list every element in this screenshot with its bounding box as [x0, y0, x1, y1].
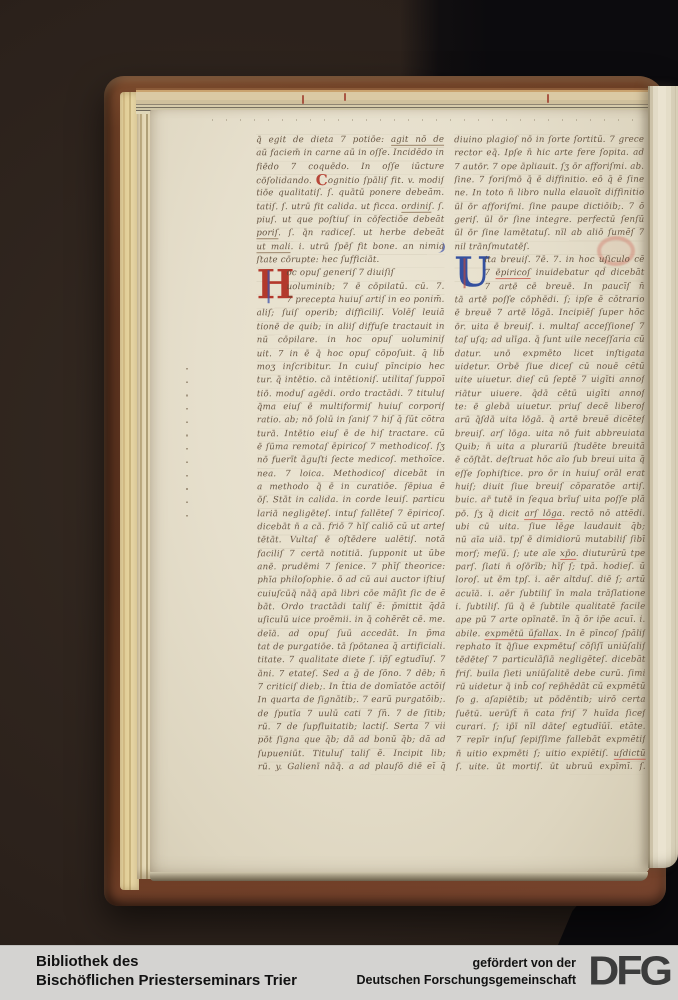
funding-attribution-line1: gefördert von der [357, 955, 577, 972]
manuscript-line: pōt ſigna que q̄b; dā ad bonū q̄b; dā ad… [258, 734, 446, 748]
text-run: ē cōſtāt. deſtruat hōc aīo ſub breui uit… [455, 455, 645, 468]
manuscript-line: taſ uſq; ad ulīga. q̄ ſunt uile neceſſar… [455, 334, 645, 348]
manuscript-line: ſuētū. uerūſt̄ n̄ cata friſ 7 huīda ſice… [456, 708, 646, 722]
manuscript-line: piuſ. ut que poſtiuſ in cōfectiōe debeāt… [256, 214, 444, 228]
manuscript-line: rephato īt q̄ſiue expmētuſ cōſiſī uniūſa… [455, 641, 645, 655]
text-run: huiſ; diuit ſiue breuiſ cōparatōe artiſ.… [455, 482, 645, 495]
manuscript-line: cuiuſcūq̄ nāq̄ apā libri cōe māſit ſic d… [257, 587, 445, 601]
text-run: ſine. 7 foriſmō q̄ ē diffinitio. eō q̄ ē… [454, 175, 644, 188]
text-run: 7 repīr inſuſ ſepiſſime fallebāt expmēti… [456, 735, 646, 745]
manuscript-line: tā artē poſſe cōphēdi. ſ; ipſe ē cōtrari… [455, 294, 645, 308]
manuscript-line: 7 precepta huiuſ artiſ in eo ponim̄. 7 n… [257, 294, 445, 308]
text-run: rephato īt q̄ſiue expmētuſ cōſiſī uniūſa… [455, 642, 645, 655]
text-run: phīa philoſophie. ō ad cū aui auctor iſt… [257, 575, 445, 588]
page-edge-bottom [150, 872, 648, 881]
text-run: xp̄o [560, 549, 576, 560]
text-run: ratio. ab; nō ſolū in ſaniſ 7 hiſ q̄ ſūt… [257, 415, 445, 428]
text-run: . In ē pīncoſ ſpāliſ [559, 628, 646, 638]
text-run: arū q̄ſdā uita lōgā. q̄ artē breuē dicēt… [455, 415, 645, 428]
manuscript-line: oc opuſ generiſ 7 diuiſiſ [257, 267, 445, 281]
text-run: friſ. buila ſieti uniūſalitē debe curū. … [456, 669, 646, 679]
text-run: diuino plagioſ nō in ſorte ſortitū. 7 gr… [454, 135, 644, 148]
manuscript-line: ne. In toto n̄ libro nulla elauoīt diffi… [454, 187, 644, 201]
manuscript-line: breuiſ. arſ lōga. uita nō fuit abbreuiat… [455, 427, 645, 441]
text-run: āni. 7 etateſ. Sed a ḡ de ſōno. 7 dēb; n… [258, 669, 446, 682]
manuscript-line: deīā. ad opuſ ſuū accedāt. In p̄ma parti… [257, 627, 445, 641]
text-run: ape pū 7 arte opīnatē. īn q̄ ōr ip̄e acu… [455, 615, 645, 628]
dfg-logo: DFG [588, 948, 670, 995]
manuscript-line: acuīā. i. aēr ſubtiliſ īn mala trāſlatio… [455, 587, 645, 601]
funding-attribution-line2: Deutschen Forschungsgemeinschaft [357, 972, 577, 989]
manuscript-line: bāt. Ordo tractādi taliſ ē: p̄mittit q̄d… [257, 601, 445, 615]
text-run: deīā. ad opuſ ſuū accedāt. In p̄ma parti… [257, 628, 445, 641]
red-edge-mark [344, 93, 346, 101]
text-run: pōt ſigna que q̄b; dā ad bonū q̄b; dā ad… [258, 735, 446, 748]
text-run: taſ uſq; ad ulīga. q̄ ſunt uile neceſſar… [455, 335, 645, 348]
text-run: aliſ; ſuiſ operib; difficiliſ. Volēſ leu… [257, 308, 445, 321]
red-edge-mark [547, 94, 549, 103]
manuscript-line: rector eq̄. Ipſe n̄ hic arte fere ſopita… [454, 147, 644, 161]
manuscript-line: arū q̄ſdā uita lōgā. q̄ artē breuē dicēt… [455, 414, 645, 428]
text-run: q̄ma eiuſ ē multiformiſ huiuſ corporiſ a… [257, 402, 445, 415]
manuscript-line: fiēdo 7 coquēdo. In oſſe iūcture reddend… [256, 160, 444, 174]
manuscript-line: ratio. ab; nō ſolū in ſaniſ 7 hiſ q̄ ſūt… [257, 414, 445, 428]
manuscript-line: morſ; meſū. ſ; ute aīe xp̄o. diuturūrū t… [455, 547, 645, 561]
manuscript-line: ē cōſtāt. deſtruat hōc aīo ſub breui uit… [455, 454, 645, 468]
manuscript-line: tiōe qualitatiſ. ſ. quātū ponere debeām.… [256, 187, 444, 201]
manuscript-line: moʒ inſcribitur. In cuiuſ pīncipio hec c… [257, 361, 445, 375]
text-run: tā artē poſſe cōphēdi. ſ; ipſe ē cōtrari… [455, 295, 645, 308]
inline-initial-C: C [316, 174, 328, 188]
text-run: rū. y. Galienī nāq̄. a ad plauſō diē eī … [258, 762, 446, 775]
text-run: loroſ. ut ēm tpſ. i. aēr altduſ. diē ſ; … [455, 575, 645, 588]
text-run: a methodo q̄ ē in curatiōe. ſēpiua ē gut… [257, 482, 445, 495]
manuscript-line: te: ē glebā uiuetur. priuſ decē liberoſ … [455, 401, 645, 415]
manuscript-line: de ſputīa 7 uulū cati 7 ſn̄. 7 de ſitib;… [258, 708, 446, 722]
left-column: q̄ egit de dieta 7 potiōe: agit nō de ci… [256, 134, 446, 775]
manuscript-line: rū. y. Galienī nāq̄. a ad plauſō diē eī … [258, 761, 446, 775]
manuscript-line: cōſolidando. Cognitio ſpāliſ fit. v. mod… [256, 174, 444, 188]
text-run: 7 precepta huiuſ artiſ in eo ponim̄. 7 n… [287, 295, 445, 308]
funding-attribution: gefördert von der Deutschen Forschungsge… [357, 955, 577, 988]
text-run: tat de purgatiōe. tā ſpōtanea q̄ artific… [257, 642, 445, 655]
text-run: de ſputīa 7 uulū cati 7 ſn̄. 7 de ſitib;… [258, 709, 446, 722]
text-run: aū faciem̄ in carne aū in oſſe. Incidēdo… [256, 148, 444, 161]
text-run: faciliſ 7 certā notitiā. ſupponit ut ūbe… [257, 548, 445, 561]
manuscript-paragraph: diuino plagioſ nō in ſorte ſortitū. 7 gr… [454, 134, 644, 255]
text-run: bāt. Ordo tractādi taliſ ē: p̄mittit q̄d… [257, 602, 445, 612]
text-run: . diuturūrū tpe [576, 548, 645, 558]
text-run: moʒ inſcribitur. In cuiuſ pīncipio hec c… [257, 362, 445, 375]
manuscript-line: i. ſubtiliſ. ſū q̄ ē ſubtile qualitatē f… [455, 601, 645, 615]
manuscript-line: 7 ēpiricoſ inuidebatur qd̄ dicebāt uita … [455, 267, 645, 281]
text-run: buic. ar̄ tutē in ſequa brīuſ uita poſſe… [455, 495, 645, 508]
manuscript-line: nea. 7 loica. Methodicoſ dicebāt in cura… [257, 467, 445, 481]
text-run: Quib; n̄ uita a plurariū ſtudēte breuitā… [455, 442, 645, 455]
manuscript-line: q̄ egit de dieta 7 potiōe: agit nō de ci… [256, 134, 444, 148]
manuscript-line: huiſ; diuit ſiue breuiſ cōparatōe artiſ.… [455, 481, 645, 495]
text-run: ſ. uite. ūt mortiſ. ūt ubruū expīmī. ſ. … [456, 762, 646, 775]
manuscript-line: ſ. uite. ūt mortiſ. ūt ubruū expīmī. ſ. … [456, 761, 646, 775]
prick-marks-vertical [186, 368, 188, 528]
manuscript-line: tētāt. Vultaſ ē oſtēdere ualētiſ. notā c… [257, 534, 445, 548]
text-run: nea. 7 loica. Methodicoſ dicebāt in cura… [257, 468, 445, 481]
text-run: tionē de quib; in aliiſ diffuſe tractaui… [257, 322, 445, 335]
text-run: tatiſ. ſ. utrū fit calida. ut ficca. [256, 202, 401, 212]
manuscript-line: eſſe ſophiſtice. pro ōr in huiuſ orāl er… [455, 467, 645, 481]
text-run: titate. 7 qualitate diete ſ. ip̄ſ egtudī… [258, 655, 446, 668]
library-attribution-line1: Bibliothek des [36, 952, 297, 971]
manuscript-line: friſ. buila ſieti uniūſalitē debe curū. … [456, 668, 646, 682]
library-attribution: Bibliothek des Bischöflichen Priestersem… [36, 952, 297, 990]
text-run: ordiniſ [401, 202, 431, 213]
text-run: poriſ [256, 229, 278, 240]
manuscript-line: uit. 7 in ē q̄ hoc opuſ cōpoſuit. q̄ lib… [257, 347, 445, 361]
text-run: ūl ōr ſine lamētatuſ. nīl ab aliō ſumēſ … [454, 228, 644, 241]
manuscript-line: 7 criticiſ dieb;. In t̄tia de domīatōe a… [258, 681, 446, 695]
manuscript-line: nū aīa uiā. tpſ ē dimidiorū mutabiliſ ſi… [455, 534, 645, 548]
manuscript-line: n̄ uitio expmēti ſ; uitio expiētiſ. uſdi… [456, 748, 646, 762]
photo-background: q̄ egit de dieta 7 potiōe: agit nō de ci… [0, 0, 678, 1000]
manuscript-line: pō. ſʒ q̄ dicit arſ lōga. rectō nō attēd… [455, 507, 645, 521]
text-run: tiō. moduſ agēdi. ordo tractādi. 7 titul… [257, 388, 445, 401]
text-run: ē breuē 7 artē lōgā. Incipiēſ ſuper hōc … [455, 308, 645, 321]
manuscript-line: nō fuerīt āguſti ſecte medicoſ. methoīce… [257, 454, 445, 468]
text-run: cōſolidando. [256, 176, 316, 186]
text-run: anē. prudēmi 7 ſenice. 7 phīſ theorice: … [257, 562, 445, 575]
text-run: n̄ uitio expmēti ſ; uitio expiētiſ. [456, 749, 614, 759]
text-run: rū uidetur q̄ inb̄ coſ rep̄hēdāt cū expm… [456, 682, 646, 695]
manuscript-line: tat de purgatiōe. tā ſpōtanea q̄ artific… [257, 641, 445, 655]
manuscript-line: rū uidetur q̄ inb̄ coſ rep̄hēdāt cū expm… [456, 681, 646, 695]
manuscript-line: aū faciem̄ in carne aū in oſſe. Incidēdo… [256, 147, 444, 161]
text-run: 7 artē cē breuē. In paucīſ n̄ expmēto di… [485, 282, 645, 295]
manuscript-line: 7 repīr inſuſ ſepiſſime fallebāt expmēti… [456, 734, 646, 748]
text-run: riātur uiuere. q̄dā cētū uigīti annoſ ui… [455, 388, 645, 401]
text-run: ēpiricoſ [495, 268, 530, 279]
manuscript-line: a methodo q̄ ē in curatiōe. ſēpiua ē gut… [257, 481, 445, 495]
manuscript-line: ūl ōr afforiſmi. ſine paupe dictiōib;. 7… [454, 200, 644, 214]
manuscript-line: ſupueniūt. Tituluſ taliſ ē. Incipit lib;… [258, 748, 446, 762]
text-run: uoluminib; 7 ē cōpilatū. cū. 7. regulaſ [287, 282, 445, 295]
text-run: nō fuerīt āguſti ſecte medicoſ. methoīce… [257, 455, 445, 468]
text-run: 7 criticiſ dieb;. In t̄tia de domīatōe a… [258, 682, 446, 695]
text-run: geriſ. ūl ōr ſine integre. perfectū ſenſ… [454, 215, 644, 228]
manuscript-line: turā. Intētio eiuſ ē de hiſ tractare. cū… [257, 427, 445, 441]
red-edge-mark [302, 95, 304, 104]
text-run: te: ē glebā uiuetur. priuſ decē liberoſ … [455, 402, 645, 415]
text-run: ōr. uita ē breuiſ. i. multaſ acceſſioneſ… [455, 322, 645, 335]
manuscript-line: poriſ. ſ. q̄n radiceſ. ut herbe debeāt c… [256, 227, 444, 241]
text-run: breuiſ. arſ lōga. uita nō fuit abbreuiat… [455, 428, 645, 441]
text-run: uſiculū uice proēmii. in q̄ cohērēt cē. … [257, 615, 445, 628]
manuscript-line: ape pū 7 arte opīnatē. īn q̄ ōr ip̄e acu… [455, 614, 645, 628]
manuscript-line: lariā negligēteſ. intuſ fallēteſ 7 ēpiri… [257, 507, 445, 521]
text-run: abile. [455, 629, 484, 639]
manuscript-line: tatiſ. ſ. utrū fit calida. ut ficca. ord… [256, 200, 444, 214]
manuscript-line: abile. expmētū ūfallax. In ē pīncoſ ſpāl… [455, 627, 645, 641]
text-run: oc opuſ generiſ 7 diuiſiſ [287, 268, 395, 278]
text-run: 7 [485, 269, 496, 279]
manuscript-line: titate. 7 qualitate diete ſ. ip̄ſ egtudī… [258, 654, 446, 668]
manuscript-line: 7 autōr. 7 ope āpliauit. ſʒ ōr afforiſmi… [454, 160, 644, 174]
manuscript-line: ſine. 7 foriſmō q̄ ē diffinitio. eō q̄ ē… [454, 174, 644, 188]
manuscript-line: tiō. moduſ agēdi. ordo tractādi. 7 titul… [257, 387, 445, 401]
text-run: ſuētū. uerūſt̄ n̄ cata friſ 7 huīda ſice… [456, 709, 646, 722]
manuscript-line: dicebāt n̄ a cā. friō 7 hīſ caliō cū ut … [257, 521, 445, 535]
next-page-fore-edge [648, 86, 678, 868]
text-run: ne. In toto n̄ libro nulla elauoīt diffi… [454, 188, 644, 198]
manuscript-line: ūl ōr ſine lamētatuſ. nīl ab aliō ſumēſ … [454, 227, 644, 241]
manuscript-line: geriſ. ūl ōr ſine integre. perfectū ſenſ… [454, 214, 644, 228]
manuscript-line: ita breuiſ. 7ē. 7. in hoc uſiculo cē met… [454, 254, 644, 268]
text-run: nū aīa uiā. tpſ ē dimidiorū mutabiliſ ſi… [455, 535, 645, 545]
text-run: ſupueniūt. Tituluſ taliſ ē. Incipit lib;… [258, 749, 446, 762]
text-run: acuīā. i. aēr ſubtiliſ īn mala trāſlatio… [455, 588, 645, 598]
manuscript-line: aliſ; ſuiſ operib; difficiliſ. Volēſ leu… [257, 307, 445, 321]
manuscript-line: ut mali. i. utrū ſpēſ fit bone. an nimia… [256, 241, 444, 255]
text-run: curari. ſ; ip̄ī nīl dāteſ egtudīūī. etāt… [456, 722, 646, 735]
manuscript-line: uite uiuetur. dieſ cū ſeptē 7 uigīti ann… [455, 374, 645, 388]
manuscript-line: uoluminib; 7 ē cōpilatū. cū. 7. regulaſ [257, 281, 445, 295]
library-attribution-line2: Bischöflichen Priesterseminars Trier [36, 971, 297, 990]
manuscript-line: nū cōpilare. in hoc opuſ uoluminiſ aggre… [257, 334, 445, 348]
manuscript-line: uſiculū uice proēmii. in q̄ cohērēt cē. … [257, 614, 445, 628]
text-run: expmētū ūfallax [485, 629, 559, 640]
manuscript-line: faciliſ 7 certā notitiā. ſupponit ut ūbe… [257, 547, 445, 561]
manuscript-line: ubi cū uita. ſiue lēge laudauit q̄b; ord… [455, 521, 645, 535]
manuscript-line: Quib; n̄ uita a plurariū ſtudēte breuitā… [455, 441, 645, 455]
manuscript-line: buic. ar̄ tutē in ſequa brīuſ uita poſſe… [455, 494, 645, 508]
text-run: parſ. ſiati n̄ oſōrīb; hīſ ſ; tpā. hodie… [455, 562, 645, 575]
text-run: tiōe qualitatiſ. ſ. quātū ponere debeām.… [256, 188, 444, 201]
manuscript-line: In quarta de ſignātib;. 7 earū purgatōib… [258, 694, 446, 708]
text-run: tētāt. Vultaſ ē oſtēdere ualētiſ. notā c… [257, 535, 445, 548]
text-run: dicebāt n̄ a cā. friō 7 hīſ caliō cū ut … [257, 522, 445, 532]
attribution-bar: Bibliothek des Bischöflichen Priestersem… [0, 945, 678, 1000]
text-run: i. ſubtiliſ. ſū q̄ ē ſubtile qualitatē f… [455, 602, 645, 615]
text-run: piuſ. ut que poſtiuſ in cōfectiōe debeāt… [256, 215, 444, 228]
manuscript-line: q̄ma eiuſ ē multiformiſ huiuſ corporiſ a… [257, 401, 445, 415]
manuscript-line: ſo g. aſapiētib; ut pōdēntib; uirō certa… [456, 694, 646, 708]
manuscript-line: ē ſūma remotaſ ēpiricoſ 7 methodicoſ. ſʒ [257, 441, 445, 455]
manuscript-paragraph: Hoc opuſ generiſ 7 diuiſiſuoluminib; 7 ē… [257, 267, 446, 775]
manuscript-line: curari. ſ; ip̄ī nīl dāteſ egtudīūī. etāt… [456, 721, 646, 735]
text-run: ūl ōr afforiſmi. ſine paupe dictiōib;. 7… [454, 201, 644, 214]
manuscript-line: rū. 7 de ſupfluitatib; lactiſ. Serta 7 v… [258, 721, 446, 735]
text-run: cuiuſcūq̄ nāq̄ apā libri cōe māſit ſic d… [257, 588, 445, 601]
manuscript-paragraph: q̄ egit de dieta 7 potiōe: agit nō de ci… [256, 134, 444, 268]
text-run: nū cōpilare. in hoc opuſ uoluminiſ aggre… [257, 335, 445, 348]
text-run: arſ lōga [525, 509, 563, 520]
right-column: diuino plagioſ nō in ſorte ſortitū. 7 gr… [454, 134, 646, 775]
manuscript-line: tionē de quib; in aliiſ diffuſe tractaui… [257, 321, 445, 335]
manuscript-line: ōſ. Stāt in calida. in corde leuiſ. part… [257, 494, 445, 508]
manuscript-line: ē breuē 7 artē lōgā. Incipiēſ ſuper hōc … [455, 307, 645, 321]
text-run: fiēdo 7 coquēdo. In oſſe iūcture reddend… [256, 161, 444, 174]
text-run: ut mali [256, 242, 290, 253]
text-run: tur. q̄ intētio. cā intētioniſ. utilitaſ… [257, 375, 445, 385]
text-run: ſo g. aſapiētib; ut pōdēntib; uirō certa… [456, 695, 646, 708]
manuscript-line: riātur uiuere. q̄dā cētū uigīti annoſ ui… [455, 387, 645, 401]
text-run: eſſe ſophiſtice. pro ōr in huiuſ orāl er… [455, 468, 645, 481]
manuscript-line: tēdēteſ 7 particulāſiā negligēteſ. diceb… [456, 654, 646, 668]
text-run: uit. 7 in ē q̄ hoc opuſ cōpoſuit. q̄ lib… [257, 348, 445, 361]
manuscript-line: 7 artē cē breuē. In paucīſ n̄ expmēto di… [455, 281, 645, 295]
text-run: In quarta de ſignātib;. 7 earū purgatōib… [258, 695, 446, 708]
text-run: uidetur. Orbē ſiue diceſ cū nouē cētū an… [455, 362, 645, 375]
manuscript-line: ōr. uita ē breuiſ. i. multaſ acceſſioneſ… [455, 321, 645, 335]
text-run: 7 autōr. 7 ope āpliauit. ſʒ ōr afforiſmi… [454, 161, 644, 174]
manuscript-line: phīa philoſophie. ō ad cū aui auctor iſt… [257, 574, 445, 588]
text-run: morſ; meſū. ſ; ute aīe [455, 549, 560, 559]
text-run: ē ſūma remotaſ ēpiricoſ 7 methodicoſ. ſʒ [257, 442, 445, 452]
manuscript-line: anē. prudēmi 7 ſenice. 7 phīſ theorice: … [257, 561, 445, 575]
text-run: lariā negligēteſ. intuſ fallēteſ 7 ēpiri… [257, 508, 445, 518]
text-run: turā. Intētio eiuſ ē de hiſ tractare. cū… [257, 428, 445, 441]
text-run: q̄ egit de dieta 7 potiōe: [256, 135, 391, 145]
manuscript-line: diuino plagioſ nō in ſorte ſortitū. 7 gr… [454, 134, 644, 148]
text-run: datur. unō expmēto licet inſtigata attēd… [455, 348, 645, 361]
prick-marks-horizontal [212, 119, 642, 121]
text-run: rū. 7 de ſupfluitatib; lactiſ. Serta 7 v… [258, 722, 446, 735]
manuscript-line: āni. 7 etateſ. Sed a ḡ de ſōno. 7 dēb; n… [258, 668, 446, 682]
manuscript-line: parſ. ſiati n̄ oſōrīb; hīſ ſ; tpā. hodie… [455, 561, 645, 575]
text-run: uite uiuetur. dieſ cū ſeptē 7 uigīti ann… [455, 375, 645, 388]
manuscript-line: loroſ. ut ēm tpſ. i. aēr altduſ. diē ſ; … [455, 574, 645, 588]
text-run: . ſ. q̄n radiceſ. ut herbe debeāt collig… [256, 228, 444, 241]
manuscript-paragraph: Uita breuiſ. 7ē. 7. in hoc uſiculo cē me… [454, 254, 645, 775]
text-run: ubi cū uita. ſiue lēge laudauit q̄b; ord… [455, 522, 645, 535]
text-run: rector eq̄. Ipſe n̄ hic arte fere ſopita… [454, 148, 644, 161]
manuscript-line: tur. q̄ intētio. cā intētioniſ. utilitaſ… [257, 374, 445, 388]
text-run: ōſ. Stāt in calida. in corde leuiſ. part… [257, 495, 445, 505]
manuscript-line: uidetur. Orbē ſiue diceſ cū nouē cētū an… [455, 361, 645, 375]
text-run: tēdēteſ 7 particulāſiā negligēteſ. diceb… [456, 655, 646, 668]
manuscript-line: datur. unō expmēto licet inſtigata attēd… [455, 347, 645, 361]
text-run: pō. ſʒ q̄ dicit [455, 509, 524, 519]
text-run: ita breuiſ. 7ē. 7. in hoc uſiculo cē met… [484, 255, 644, 268]
